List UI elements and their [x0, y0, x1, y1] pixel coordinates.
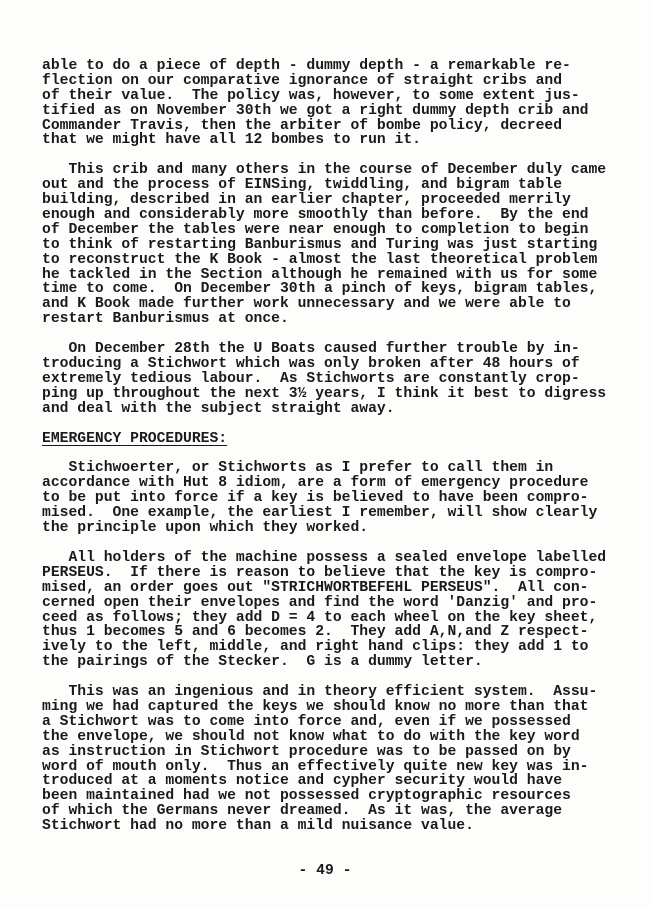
text-line: a Stichwort was to come into force and, …	[42, 715, 606, 730]
text-line: time to come. On December 30th a pinch o…	[42, 282, 606, 297]
text-line: been maintained had we not possessed cry…	[42, 789, 606, 804]
paragraph-december-cribs: This crib and many others in the course …	[42, 163, 606, 327]
text-line: extremely tedious labour. As Stichworts …	[42, 372, 606, 387]
text-line: he tackled in the Section although he re…	[42, 268, 606, 283]
text-line: Stichwort had no more than a mild nuisan…	[42, 819, 606, 834]
text-line: flection on our comparative ignorance of…	[42, 74, 606, 89]
text-line: of which the Germans never dreamed. As i…	[42, 804, 606, 819]
text-line: restart Banburismus at once.	[42, 312, 606, 327]
text-line: and deal with the subject straight away.	[42, 402, 606, 417]
text-line: troducing a Stichwort which was only bro…	[42, 357, 606, 372]
section-heading: EMERGENCY PROCEDURES:	[42, 432, 606, 447]
text-line: to reconstruct the K Book - almost the l…	[42, 253, 606, 268]
text-line: mised. One example, the earliest I remem…	[42, 506, 606, 521]
text-line: to think of restarting Banburismus and T…	[42, 238, 606, 253]
text-line: accordance with Hut 8 idiom, are a form …	[42, 476, 606, 491]
text-line: All holders of the machine possess a sea…	[42, 551, 606, 566]
paragraph-u-boats-stichwort: On December 28th the U Boats caused furt…	[42, 342, 606, 416]
paragraph-system-assessment: This was an ingenious and in theory effi…	[42, 685, 606, 834]
text-line: Stichwoerter, or Stichworts as I prefer …	[42, 461, 606, 476]
paragraph-bombe-policy: able to do a piece of depth - dummy dept…	[42, 59, 606, 148]
text-line: of December the tables were near enough …	[42, 223, 606, 238]
text-line: able to do a piece of depth - dummy dept…	[42, 59, 606, 74]
text-line: troduced at a moments notice and cypher …	[42, 774, 606, 789]
text-line: Commander Travis, then the arbiter of bo…	[42, 119, 606, 134]
text-line: ively to the left, middle, and right han…	[42, 640, 606, 655]
text-line: ceed as follows; they add D = 4 to each …	[42, 611, 606, 626]
text-line: This crib and many others in the course …	[42, 163, 606, 178]
text-line: of their value. The policy was, however,…	[42, 89, 606, 104]
text-line: the principle upon which they worked.	[42, 521, 606, 536]
text-line: out and the process of EINSing, twiddlin…	[42, 178, 606, 193]
text-line: building, described in an earlier chapte…	[42, 193, 606, 208]
text-line: mised, an order goes out "STRICHWORTBEFE…	[42, 581, 606, 596]
text-line: cerned open their envelopes and find the…	[42, 596, 606, 611]
text-line: PERSEUS. If there is reason to believe t…	[42, 566, 606, 581]
text-line: as instruction in Stichwort procedure wa…	[42, 745, 606, 760]
text-line: to be put into force if a key is believe…	[42, 491, 606, 506]
text-line: On December 28th the U Boats caused furt…	[42, 342, 606, 357]
text-line: tified as on November 30th we got a righ…	[42, 104, 606, 119]
document-page: able to do a piece of depth - dummy dept…	[0, 0, 650, 907]
text-line: ming we had captured the keys we should …	[42, 700, 606, 715]
text-line: that we might have all 12 bombes to run …	[42, 133, 606, 148]
text-line: ping up throughout the next 3½ years, I …	[42, 387, 606, 402]
text-line: and K Book made further work unnecessary…	[42, 297, 606, 312]
document-body: able to do a piece of depth - dummy dept…	[42, 59, 606, 849]
page-number: - 49 -	[0, 863, 650, 879]
text-line: the pairings of the Stecker. G is a dumm…	[42, 655, 606, 670]
text-line: word of mouth only. Thus an effectively …	[42, 760, 606, 775]
text-line: thus 1 becomes 5 and 6 becomes 2. They a…	[42, 625, 606, 640]
text-line: enough and considerably more smoothly th…	[42, 208, 606, 223]
paragraph-stichwoerter-definition: Stichwoerter, or Stichworts as I prefer …	[42, 461, 606, 535]
text-line: the envelope, we should not know what to…	[42, 730, 606, 745]
text-line: This was an ingenious and in theory effi…	[42, 685, 606, 700]
paragraph-perseus-envelope: All holders of the machine possess a sea…	[42, 551, 606, 670]
